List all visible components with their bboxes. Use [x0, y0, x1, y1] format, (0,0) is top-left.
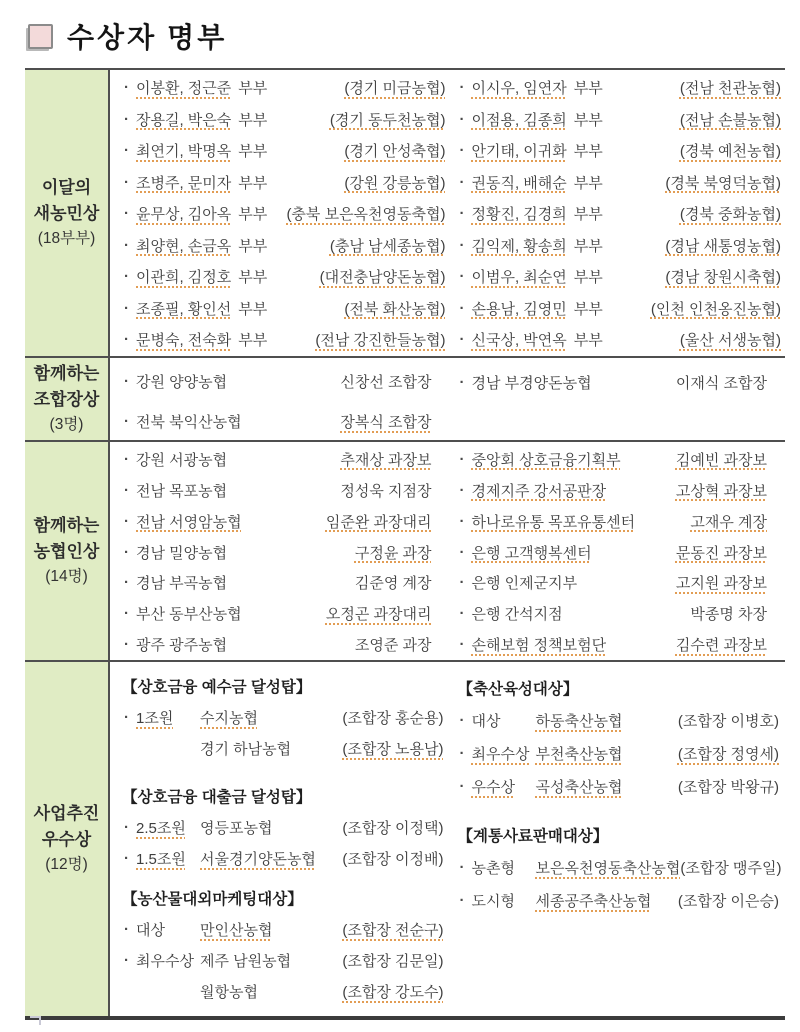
couple-names: 장용길, 박은숙	[136, 109, 231, 130]
couple-names: 권동직, 배해순	[472, 172, 567, 193]
couple-names: 정황진, 김경희	[472, 203, 567, 224]
couple-org: (전남 손불농협)	[680, 109, 783, 130]
couple-org: (경남 새통영농협)	[665, 235, 783, 256]
couple-suffix: 부부	[574, 140, 603, 161]
group-heading: 【축산육성대상】	[458, 672, 784, 704]
section-title-line: 이달의	[42, 175, 91, 201]
couple-org: (경기 안성축협)	[344, 140, 447, 161]
couple-row: 윤무상, 김아옥부부(충북 보은옥천영동축협)	[122, 198, 448, 230]
winner-org: 하나로유통 목포유통센터	[472, 511, 636, 532]
couple-row: 최연기, 박명옥부부(경기 안성축협)	[122, 135, 448, 167]
item-org: 부천축산농협	[536, 743, 623, 764]
couple-org: (경북 중화농협)	[680, 203, 783, 224]
winner-row: 경제지주 강서공판장고상혁 과장보	[458, 475, 784, 506]
item-head: (조합장 박왕규)	[678, 776, 783, 797]
item-label: 2.5조원	[136, 817, 200, 838]
winner-person: 신창선 조합장	[340, 371, 447, 392]
winners-column-right: 중앙회 상호금융기획부김예빈 과장보 경제지주 강서공판장고상혁 과장보 하나로…	[458, 444, 784, 660]
couple-row: 조병주, 문미자부부(강원 강릉농협)	[122, 167, 448, 199]
couple-names: 최연기, 박명옥	[136, 140, 231, 161]
couple-suffix: 부부	[574, 77, 603, 98]
couple-row: 이점용, 김종희부부(전남 손불농협)	[458, 104, 784, 136]
section-title-line: 조합장상	[34, 387, 100, 413]
winner-row: 광주 광주농협조영준 과장	[122, 629, 448, 660]
item-label: 최우수상	[136, 950, 200, 971]
item-head: (조합장 이병호)	[678, 710, 783, 731]
winner-row: 은행 간석지점박종명 차장	[458, 598, 784, 629]
section-body-business-award: 【상호금융 예수금 달성탑】 1조원수지농협(조합장 홍순용) 경기 하남농협(…	[110, 660, 785, 1016]
winner-org: 은행 고객행복센터	[472, 542, 592, 563]
winner-person: 이재식 조합장	[676, 372, 783, 393]
couple-org: (충북 보은옥천영동축협)	[286, 203, 447, 224]
group-heading: 【계통사료판매대상】	[458, 819, 784, 851]
couple-org: (경기 동두천농협)	[330, 109, 448, 130]
item-org: 보은옥천영동축산농협	[536, 857, 681, 878]
winner-org: 경남 부경양돈농협	[472, 372, 592, 393]
winner-person: 김수련 과장보	[676, 634, 783, 655]
winner-person: 오정곤 과장대리	[326, 603, 448, 624]
section-body-staff-award: 강원 서광농협추재상 과장보 전남 목포농협정성욱 지점장 전남 서영암농협임준…	[110, 440, 785, 660]
couple-row: 최양현, 손금옥부부(충남 남세종농협)	[122, 230, 448, 262]
winners-column-right: 경남 부경양돈농협이재식 조합장	[458, 360, 784, 440]
couple-org: (전남 강진한들농협)	[315, 329, 447, 350]
couple-suffix: 부부	[238, 298, 267, 319]
winner-org: 전남 목포농협	[136, 480, 227, 501]
group-item: 우수상곡성축산농협(조합장 박왕규)	[458, 770, 784, 803]
award-table: 이달의 새농민상 (18부부) 이봉환, 정근준부부(경기 미금농협) 장용길,…	[25, 68, 785, 1020]
section-body-chairman-award: 강원 양양농협신창선 조합장 전북 북익산농협장복식 조합장 경남 부경양돈농협…	[110, 356, 785, 440]
group-item: 농촌형보은옥천영동축산농협(조합장 맹주일)	[458, 851, 784, 884]
winner-row: 경남 밀양농협구정윤 과장	[122, 537, 448, 568]
couple-names: 손용남, 김영민	[472, 298, 567, 319]
couple-row: 신국상, 박연옥부부(울산 서생농협)	[458, 324, 784, 356]
groups-column-left: 【상호금융 예수금 달성탑】 1조원수지농협(조합장 홍순용) 경기 하남농협(…	[122, 664, 448, 1016]
couple-row: 장용길, 박은숙부부(경기 동두천농협)	[122, 104, 448, 136]
item-head: (조합장 노용남)	[342, 738, 447, 759]
couple-suffix: 부부	[238, 172, 267, 193]
section-title-line: 함께하는	[34, 361, 100, 387]
couple-names: 이관희, 김정호	[136, 266, 231, 287]
section-count: (12명)	[45, 853, 88, 877]
couple-row: 이시우, 임연자부부(전남 천관농협)	[458, 72, 784, 104]
item-head: (조합장 이정택)	[342, 817, 447, 838]
winner-person: 박종명 차장	[690, 603, 783, 624]
couples-column-right: 이시우, 임연자부부(전남 천관농협) 이점용, 김종희부부(전남 손불농협) …	[458, 72, 784, 356]
winner-org: 은행 간석지점	[472, 603, 563, 624]
winner-org: 중앙회 상호금융기획부	[472, 449, 621, 470]
group-item: 대상하동축산농협(조합장 이병호)	[458, 704, 784, 737]
section-header-new-farmer: 이달의 새농민상 (18부부)	[25, 68, 110, 356]
section-body-new-farmer: 이봉환, 정근준부부(경기 미금농협) 장용길, 박은숙부부(경기 동두천농협)…	[110, 68, 785, 356]
couple-org: (전남 천관농협)	[680, 77, 783, 98]
winner-org: 광주 광주농협	[136, 634, 227, 655]
section-header-staff-award: 함께하는 농협인상 (14명)	[25, 440, 110, 660]
group-heading: 【상호금융 예수금 달성탑】	[122, 670, 448, 702]
couple-row: 김익제, 황송희부부(경남 새통영농협)	[458, 230, 784, 262]
section-count: (18부부)	[38, 227, 96, 251]
winner-org: 강원 양양농협	[136, 371, 227, 392]
item-head: (조합장 강도수)	[342, 981, 447, 1002]
item-label: 우수상	[472, 776, 536, 797]
couple-org: (충남 남세종농협)	[330, 235, 448, 256]
couple-names: 신국상, 박연옥	[472, 329, 567, 350]
winner-org: 전남 서영암농협	[136, 511, 242, 532]
item-org: 만인산농협	[200, 919, 272, 940]
couple-suffix: 부부	[574, 172, 603, 193]
couple-suffix: 부부	[238, 235, 267, 256]
couple-names: 조병주, 문미자	[136, 172, 231, 193]
couple-row: 정황진, 김경희부부(경북 중화농협)	[458, 198, 784, 230]
winner-row: 경남 부경양돈농협이재식 조합장	[458, 363, 784, 401]
item-org: 하동축산농협	[536, 710, 623, 731]
winner-org: 강원 서광농협	[136, 449, 227, 470]
winner-person: 임준완 과장대리	[326, 511, 448, 532]
group-item: 1.5조원서울경기양돈농협(조합장 이정배)	[122, 843, 448, 874]
couple-suffix: 부부	[574, 298, 603, 319]
winner-person: 정성욱 지점장	[340, 480, 447, 501]
winner-person: 고상혁 과장보	[676, 480, 783, 501]
section-count: (14명)	[45, 565, 88, 589]
winner-row: 전남 목포농협정성욱 지점장	[122, 475, 448, 506]
item-label: 도시형	[472, 890, 536, 911]
group-heading: 【농산물대외마케팅대상】	[122, 882, 448, 914]
item-head: (조합장 맹주일)	[680, 857, 785, 878]
item-head: (조합장 이은승)	[678, 890, 783, 911]
couple-org: (전북 화산농협)	[344, 298, 447, 319]
section-title-line: 새농민상	[34, 201, 100, 227]
page-title-text: 수상자 명부	[67, 16, 227, 56]
couple-suffix: 부부	[238, 140, 267, 161]
item-head: (조합장 홍순용)	[342, 707, 447, 728]
couple-suffix: 부부	[574, 266, 603, 287]
winner-person: 추재상 과장보	[340, 449, 447, 470]
item-head: (조합장 정영세)	[678, 743, 783, 764]
item-label: 대상	[472, 710, 536, 731]
winner-row: 전남 서영암농협임준완 과장대리	[122, 506, 448, 537]
winner-row: 강원 서광농협추재상 과장보	[122, 444, 448, 475]
winner-person: 고지원 과장보	[676, 572, 783, 593]
couple-org: (경기 미금농협)	[344, 77, 447, 98]
item-org: 수지농협	[200, 707, 258, 728]
item-label: 최우수상	[472, 743, 536, 764]
couples-column-left: 이봉환, 정근준부부(경기 미금농협) 장용길, 박은숙부부(경기 동두천농협)…	[122, 72, 448, 356]
group-item: 2.5조원영등포농협(조합장 이정택)	[122, 812, 448, 843]
winner-person: 조영준 과장	[355, 634, 448, 655]
couple-row: 안기태, 이귀화부부(경북 예천농협)	[458, 135, 784, 167]
winners-column-left: 강원 서광농협추재상 과장보 전남 목포농협정성욱 지점장 전남 서영암농협임준…	[122, 444, 448, 660]
winner-row: 손해보험 정책보험단김수련 과장보	[458, 629, 784, 660]
couple-names: 이범우, 최순연	[472, 266, 567, 287]
winner-person: 고재우 계장	[690, 511, 783, 532]
group-item: 1조원수지농협(조합장 홍순용)	[122, 702, 448, 733]
item-head: (조합장 이정배)	[342, 848, 447, 869]
winner-org: 전북 북익산농협	[136, 411, 242, 432]
item-org: 서울경기양돈농협	[200, 848, 316, 869]
item-label: 대상	[136, 919, 200, 940]
winner-row: 전북 북익산농협장복식 조합장	[122, 403, 448, 440]
couple-suffix: 부부	[574, 203, 603, 224]
item-org: 세종공주축산농협	[536, 890, 652, 911]
winner-org: 손해보험 정책보험단	[472, 634, 607, 655]
couple-suffix: 부부	[238, 203, 267, 224]
couple-names: 윤무상, 김아옥	[136, 203, 231, 224]
group-item: 경기 하남농협(조합장 노용남)	[122, 733, 448, 764]
couple-suffix: 부부	[238, 329, 267, 350]
winner-person: 구정윤 과장	[355, 542, 448, 563]
winner-org: 경제지주 강서공판장	[472, 480, 607, 501]
couple-org: (경북 북영덕농협)	[665, 172, 783, 193]
section-title-line: 사업추진	[34, 801, 100, 827]
couple-org: (경북 예천농협)	[680, 140, 783, 161]
couple-names: 문병숙, 전숙화	[136, 329, 231, 350]
item-org: 영등포농협	[200, 817, 272, 838]
winner-row: 강원 양양농협신창선 조합장	[122, 363, 448, 400]
couple-row: 이관희, 김정호부부(대전충남양돈농협)	[122, 261, 448, 293]
couple-row: 이봉환, 정근준부부(경기 미금농협)	[122, 72, 448, 104]
section-count: (3명)	[50, 413, 84, 437]
winner-row: 부산 동부산농협오정곤 과장대리	[122, 598, 448, 629]
couple-suffix: 부부	[238, 77, 267, 98]
couple-suffix: 부부	[238, 266, 267, 287]
edit-corner-mark	[30, 1016, 41, 1025]
group-item: 최우수상제주 남원농협(조합장 김문일)	[122, 945, 448, 976]
item-org: 곡성축산농협	[536, 776, 623, 797]
couple-org: (울산 서생농협)	[680, 329, 783, 350]
couple-names: 안기태, 이귀화	[472, 140, 567, 161]
item-org: 월항농협	[200, 981, 258, 1002]
winner-row: 경남 부곡농협김준영 계장	[122, 567, 448, 598]
group-item: 최우수상부천축산농협(조합장 정영세)	[458, 737, 784, 770]
winner-org: 부산 동부산농협	[136, 603, 242, 624]
item-head: (조합장 김문일)	[342, 950, 447, 971]
section-header-chairman-award: 함께하는 조합장상 (3명)	[25, 356, 110, 440]
winner-person: 김준영 계장	[355, 572, 448, 593]
item-org: 제주 남원농협	[200, 950, 291, 971]
couple-suffix: 부부	[574, 109, 603, 130]
winner-org: 은행 인제군지부	[472, 572, 578, 593]
group-item: 도시형세종공주축산농협(조합장 이은승)	[458, 884, 784, 917]
winner-org: 경남 밀양농협	[136, 542, 227, 563]
group-item: 대상만인산농협(조합장 전순구)	[122, 914, 448, 945]
couple-names: 최양현, 손금옥	[136, 235, 231, 256]
winner-row: 중앙회 상호금융기획부김예빈 과장보	[458, 444, 784, 475]
pink-square-icon	[28, 24, 53, 49]
couple-names: 조종필, 황인선	[136, 298, 231, 319]
group-item: 월항농협(조합장 강도수)	[122, 976, 448, 1007]
couple-org: (대전충남양돈농협)	[320, 266, 448, 287]
item-head: (조합장 전순구)	[342, 919, 447, 940]
couple-suffix: 부부	[574, 329, 603, 350]
winner-row: 은행 고객행복센터문동진 과장보	[458, 537, 784, 568]
couple-row: 조종필, 황인선부부(전북 화산농협)	[122, 293, 448, 325]
winner-person: 장복식 조합장	[340, 411, 447, 432]
couple-org: (인천 인천옹진농협)	[651, 298, 783, 319]
couple-suffix: 부부	[238, 109, 267, 130]
couple-names: 이시우, 임연자	[472, 77, 567, 98]
section-title-line: 함께하는	[34, 513, 100, 539]
couple-row: 이범우, 최순연부부(경남 창원시축협)	[458, 261, 784, 293]
couple-row: 문병숙, 전숙화부부(전남 강진한들농협)	[122, 324, 448, 356]
section-title-line: 우수상	[42, 827, 91, 853]
couple-org: (경남 창원시축협)	[665, 266, 783, 287]
couple-names: 김익제, 황송희	[472, 235, 567, 256]
section-title-line: 농협인상	[34, 539, 100, 565]
winners-column-left: 강원 양양농협신창선 조합장 전북 북익산농협장복식 조합장	[122, 360, 448, 440]
winner-org: 경남 부곡농협	[136, 572, 227, 593]
groups-column-right: 【축산육성대상】 대상하동축산농협(조합장 이병호) 최우수상부천축산농협(조합…	[458, 664, 784, 1016]
couple-names: 이점용, 김종희	[472, 109, 567, 130]
couple-org: (강원 강릉농협)	[344, 172, 447, 193]
item-label: 1조원	[136, 707, 200, 728]
item-org: 경기 하남농협	[200, 738, 291, 759]
couple-row: 손용남, 김영민부부(인천 인천옹진농협)	[458, 293, 784, 325]
winner-person: 김예빈 과장보	[676, 449, 783, 470]
couple-row: 권동직, 배해순부부(경북 북영덕농협)	[458, 167, 784, 199]
winner-person: 문동진 과장보	[676, 542, 783, 563]
item-label: 1.5조원	[136, 848, 200, 869]
winner-row: 하나로유통 목포유통센터고재우 계장	[458, 506, 784, 537]
section-header-business-award: 사업추진 우수상 (12명)	[25, 660, 110, 1016]
couple-names: 이봉환, 정근준	[136, 77, 231, 98]
page-title: 수상자 명부	[28, 16, 227, 56]
couple-suffix: 부부	[574, 235, 603, 256]
winner-row: 은행 인제군지부고지원 과장보	[458, 567, 784, 598]
item-label: 농촌형	[472, 857, 536, 878]
group-heading: 【상호금융 대출금 달성탑】	[122, 780, 448, 812]
